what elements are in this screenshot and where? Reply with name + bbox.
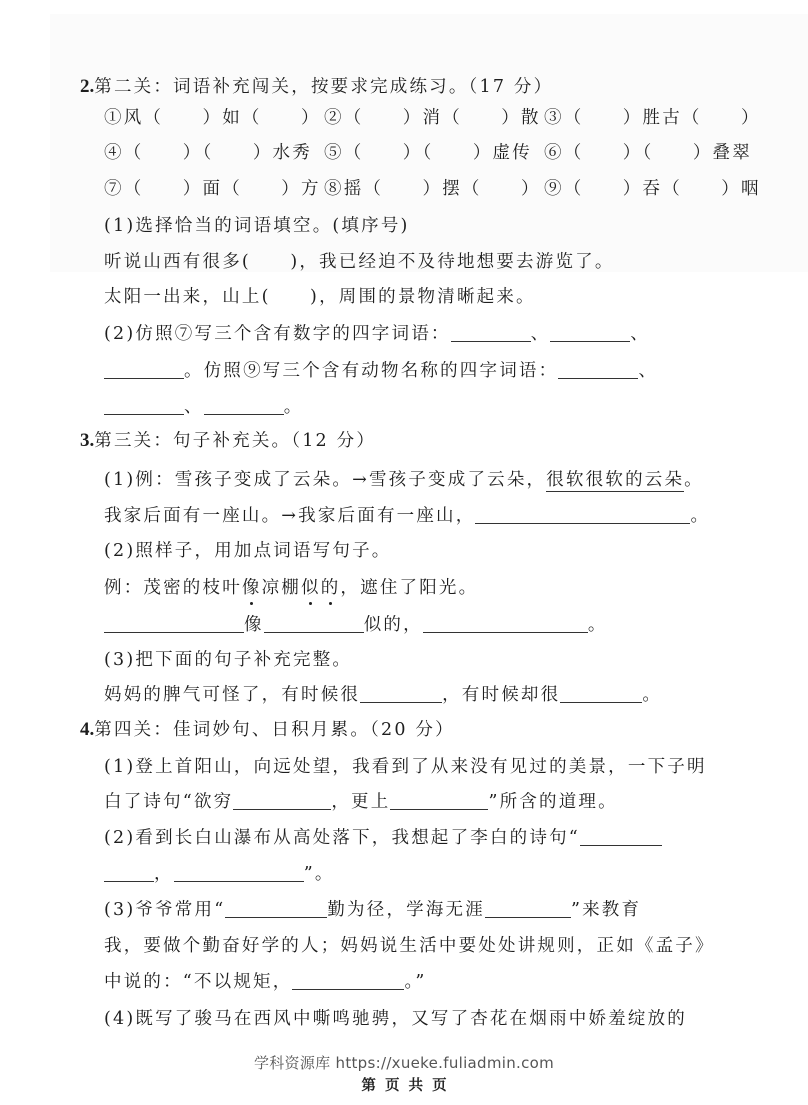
q4-heading: 4.第四关：佳词妙句、日积月累。（20 分） (80, 715, 455, 745)
idiom-9: ⑨（ ）吞（ ）咽 (544, 174, 761, 204)
q2-heading: 2.第二关：词语补充闯关，按要求完成练习。（17 分） (80, 72, 553, 102)
q2-sub1-label: (1)选择恰当的词语填空。(填序号) (104, 211, 410, 241)
example-text: 凉棚 (262, 578, 301, 598)
q2-heading-text: 第二关：词语补充闯关，按要求完成练习。（17 分） (94, 77, 553, 97)
q2-sub1-sentence-2: 太阳一出来，山上( )，周围的景物清晰起来。 (104, 282, 536, 312)
task-word: 似的， (364, 615, 423, 635)
dotted-word: 像 (242, 578, 262, 598)
q3-number: 3. (80, 430, 94, 451)
period: 。 (284, 397, 304, 417)
sentence-part: 听说山西有很多( ) (104, 252, 299, 272)
dotted-word: 似 (301, 578, 321, 598)
idiom-8: ⑧摇（ ）摆（ ） (324, 174, 541, 204)
q4-heading-text: 第四关：佳词妙句、日积月累。（20 分） (94, 720, 455, 740)
answer-blank[interactable] (264, 612, 364, 633)
text: 白了诗句“欲穷 (104, 792, 233, 812)
q4-sub1-line-2: 白了诗句“欲穷，更上”所含的道理。 (104, 787, 618, 817)
answer-blank[interactable] (292, 969, 404, 990)
q4-number: 4. (80, 719, 94, 740)
example-text: (1)例：雪孩子变成了云朵。→雪孩子变成了云朵， (104, 470, 546, 490)
q3-sub3-task: 妈妈的脾气可怪了，有时候很，有时候却很。 (104, 680, 662, 710)
prompt-text: (2)仿照⑦写三个含有数字的四字词语： (104, 324, 451, 344)
idiom-7: ⑦（ ）面（ ）方 (104, 174, 321, 204)
example-text: ，遮住了阳光。 (340, 578, 478, 598)
idioms-row-2: ④（ ）（ ）水秀 ⑤（ ）（ ）虚传 ⑥（ ）（ ）叠翠 (104, 138, 744, 168)
q2-sub2-line-1: (2)仿照⑦写三个含有数字的四字词语：、、 (104, 319, 650, 349)
answer-blank[interactable] (104, 358, 184, 379)
prompt-text: 。仿照⑨写三个含有动物名称的四字词语： (184, 361, 558, 381)
answer-blank[interactable] (451, 321, 531, 342)
idiom-4: ④（ ）（ ）水秀 (104, 138, 312, 168)
idiom-2: ②（ ）消（ ）散 (324, 103, 541, 133)
page-number-label: 第 页 共 页 (0, 1074, 808, 1095)
task-text: ，有时候却很 (442, 685, 560, 705)
watermark: 学科资源库 https://xueke.fuliadmin.com (0, 1052, 808, 1073)
answer-blank[interactable] (225, 897, 327, 918)
example-text: 例：茂密的枝叶 (104, 578, 242, 598)
text: ，更上 (331, 792, 390, 812)
q4-sub3-line-1: (3)爷爷常用“勤为径，学海无涯”来教育 (104, 895, 641, 925)
idiom-3: ③（ ）胜古（ ） (544, 103, 761, 133)
q3-sub1-example: (1)例：雪孩子变成了云朵。→雪孩子变成了云朵，很软很软的云朵。 (104, 465, 704, 495)
answer-blank[interactable] (560, 682, 642, 703)
period: 。 (684, 470, 704, 490)
task-word: 像 (244, 615, 264, 635)
text: (2)看到长白山瀑布从高处落下，我想起了李白的诗句“ (104, 828, 580, 848)
idiom-5: ⑤（ ）（ ）虚传 (324, 138, 532, 168)
period: 。 (588, 615, 608, 635)
text: 。” (404, 972, 426, 992)
q3-sub1-task: 我家后面有一座山。→我家后面有一座山，。 (104, 501, 710, 531)
text: 勤为径，学海无涯 (327, 900, 485, 920)
q3-sub2-label: (2)照样子，用加点词语写句子。 (104, 536, 392, 566)
q2-sub2-line-2: 。仿照⑨写三个含有动物名称的四字词语：、 (104, 356, 658, 386)
answer-blank[interactable] (558, 358, 638, 379)
answer-blank[interactable] (550, 321, 630, 342)
comma: ， (154, 864, 174, 884)
q3-sub2-task: 像似的，。 (104, 610, 608, 640)
idioms-row-3: ⑦（ ）面（ ）方 ⑧摇（ ）摆（ ） ⑨（ ）吞（ ）咽 (104, 174, 744, 204)
answer-blank[interactable] (104, 861, 154, 882)
separator: 、 (531, 324, 551, 344)
q4-sub3-line-2: 我，要做个勤奋好学的人；妈妈说生活中要处处讲规则，正如《孟子》 (104, 931, 715, 961)
q4-sub4-line-1: (4)既写了骏马在西风中嘶鸣驰骋，又写了杏花在烟雨中娇羞绽放的 (104, 1004, 687, 1034)
sentence-part: ，我已经迫不及待地想要去游览了。 (299, 252, 614, 272)
idioms-row-1: ①风（ ）如（ ） ②（ ）消（ ）散 ③（ ）胜古（ ） (104, 103, 744, 133)
q3-sub2-example: 例：茂密的枝叶像凉棚似的，遮住了阳光。 (104, 573, 478, 603)
dotted-word: 的 (321, 578, 341, 598)
answer-blank[interactable] (390, 789, 488, 810)
q4-sub1-line-1: (1)登上首阳山，向远处望，我看到了从来没有见过的美景，一下子明 (104, 752, 707, 782)
q3-sub3-label: (3)把下面的句子补充完整。 (104, 645, 352, 675)
q4-sub2-line-2: ，”。 (104, 859, 335, 889)
q4-sub3-line-3: 中说的：“不以规矩，。” (104, 967, 427, 997)
q3-heading: 3.第三关：句子补充关。（12 分） (80, 426, 376, 456)
q2-number: 2. (80, 76, 94, 97)
answer-blank[interactable] (580, 825, 662, 846)
answer-blank[interactable] (475, 503, 690, 524)
separator: 、 (638, 361, 658, 381)
task-text: 妈妈的脾气可怪了，有时候很 (104, 685, 360, 705)
q4-sub2-line-1: (2)看到长白山瀑布从高处落下，我想起了李白的诗句“ (104, 823, 662, 853)
separator: 、 (630, 324, 650, 344)
text: ”来教育 (571, 900, 641, 920)
answer-blank[interactable] (360, 682, 442, 703)
answer-blank[interactable] (174, 861, 304, 882)
idiom-6: ⑥（ ）（ ）叠翠 (544, 138, 752, 168)
answer-blank[interactable] (104, 612, 244, 633)
text: ”所含的道理。 (488, 792, 617, 812)
text: (3)爷爷常用“ (104, 900, 225, 920)
task-text: 我家后面有一座山。→我家后面有一座山， (104, 506, 475, 526)
period: 。 (690, 506, 710, 526)
answer-blank[interactable] (485, 897, 571, 918)
sentence-part: 太阳一出来，山上( ) (104, 287, 319, 307)
answer-blank[interactable] (233, 789, 331, 810)
underlined-phrase: 很软很软的云朵 (546, 470, 684, 492)
q2-sub2-line-3: 、。 (104, 392, 303, 422)
answer-blank[interactable] (104, 394, 184, 415)
idiom-1: ①风（ ）如（ ） (104, 103, 321, 133)
text: 中说的：“不以规矩， (104, 972, 292, 992)
separator: 、 (184, 397, 204, 417)
answer-blank[interactable] (423, 612, 588, 633)
q2-sub1-sentence-1: 听说山西有很多( )，我已经迫不及待地想要去游览了。 (104, 247, 615, 277)
sentence-part: ，周围的景物清晰起来。 (319, 287, 536, 307)
answer-blank[interactable] (204, 394, 284, 415)
text: ”。 (304, 864, 335, 884)
q3-heading-text: 第三关：句子补充关。（12 分） (94, 431, 376, 451)
period: 。 (642, 685, 662, 705)
